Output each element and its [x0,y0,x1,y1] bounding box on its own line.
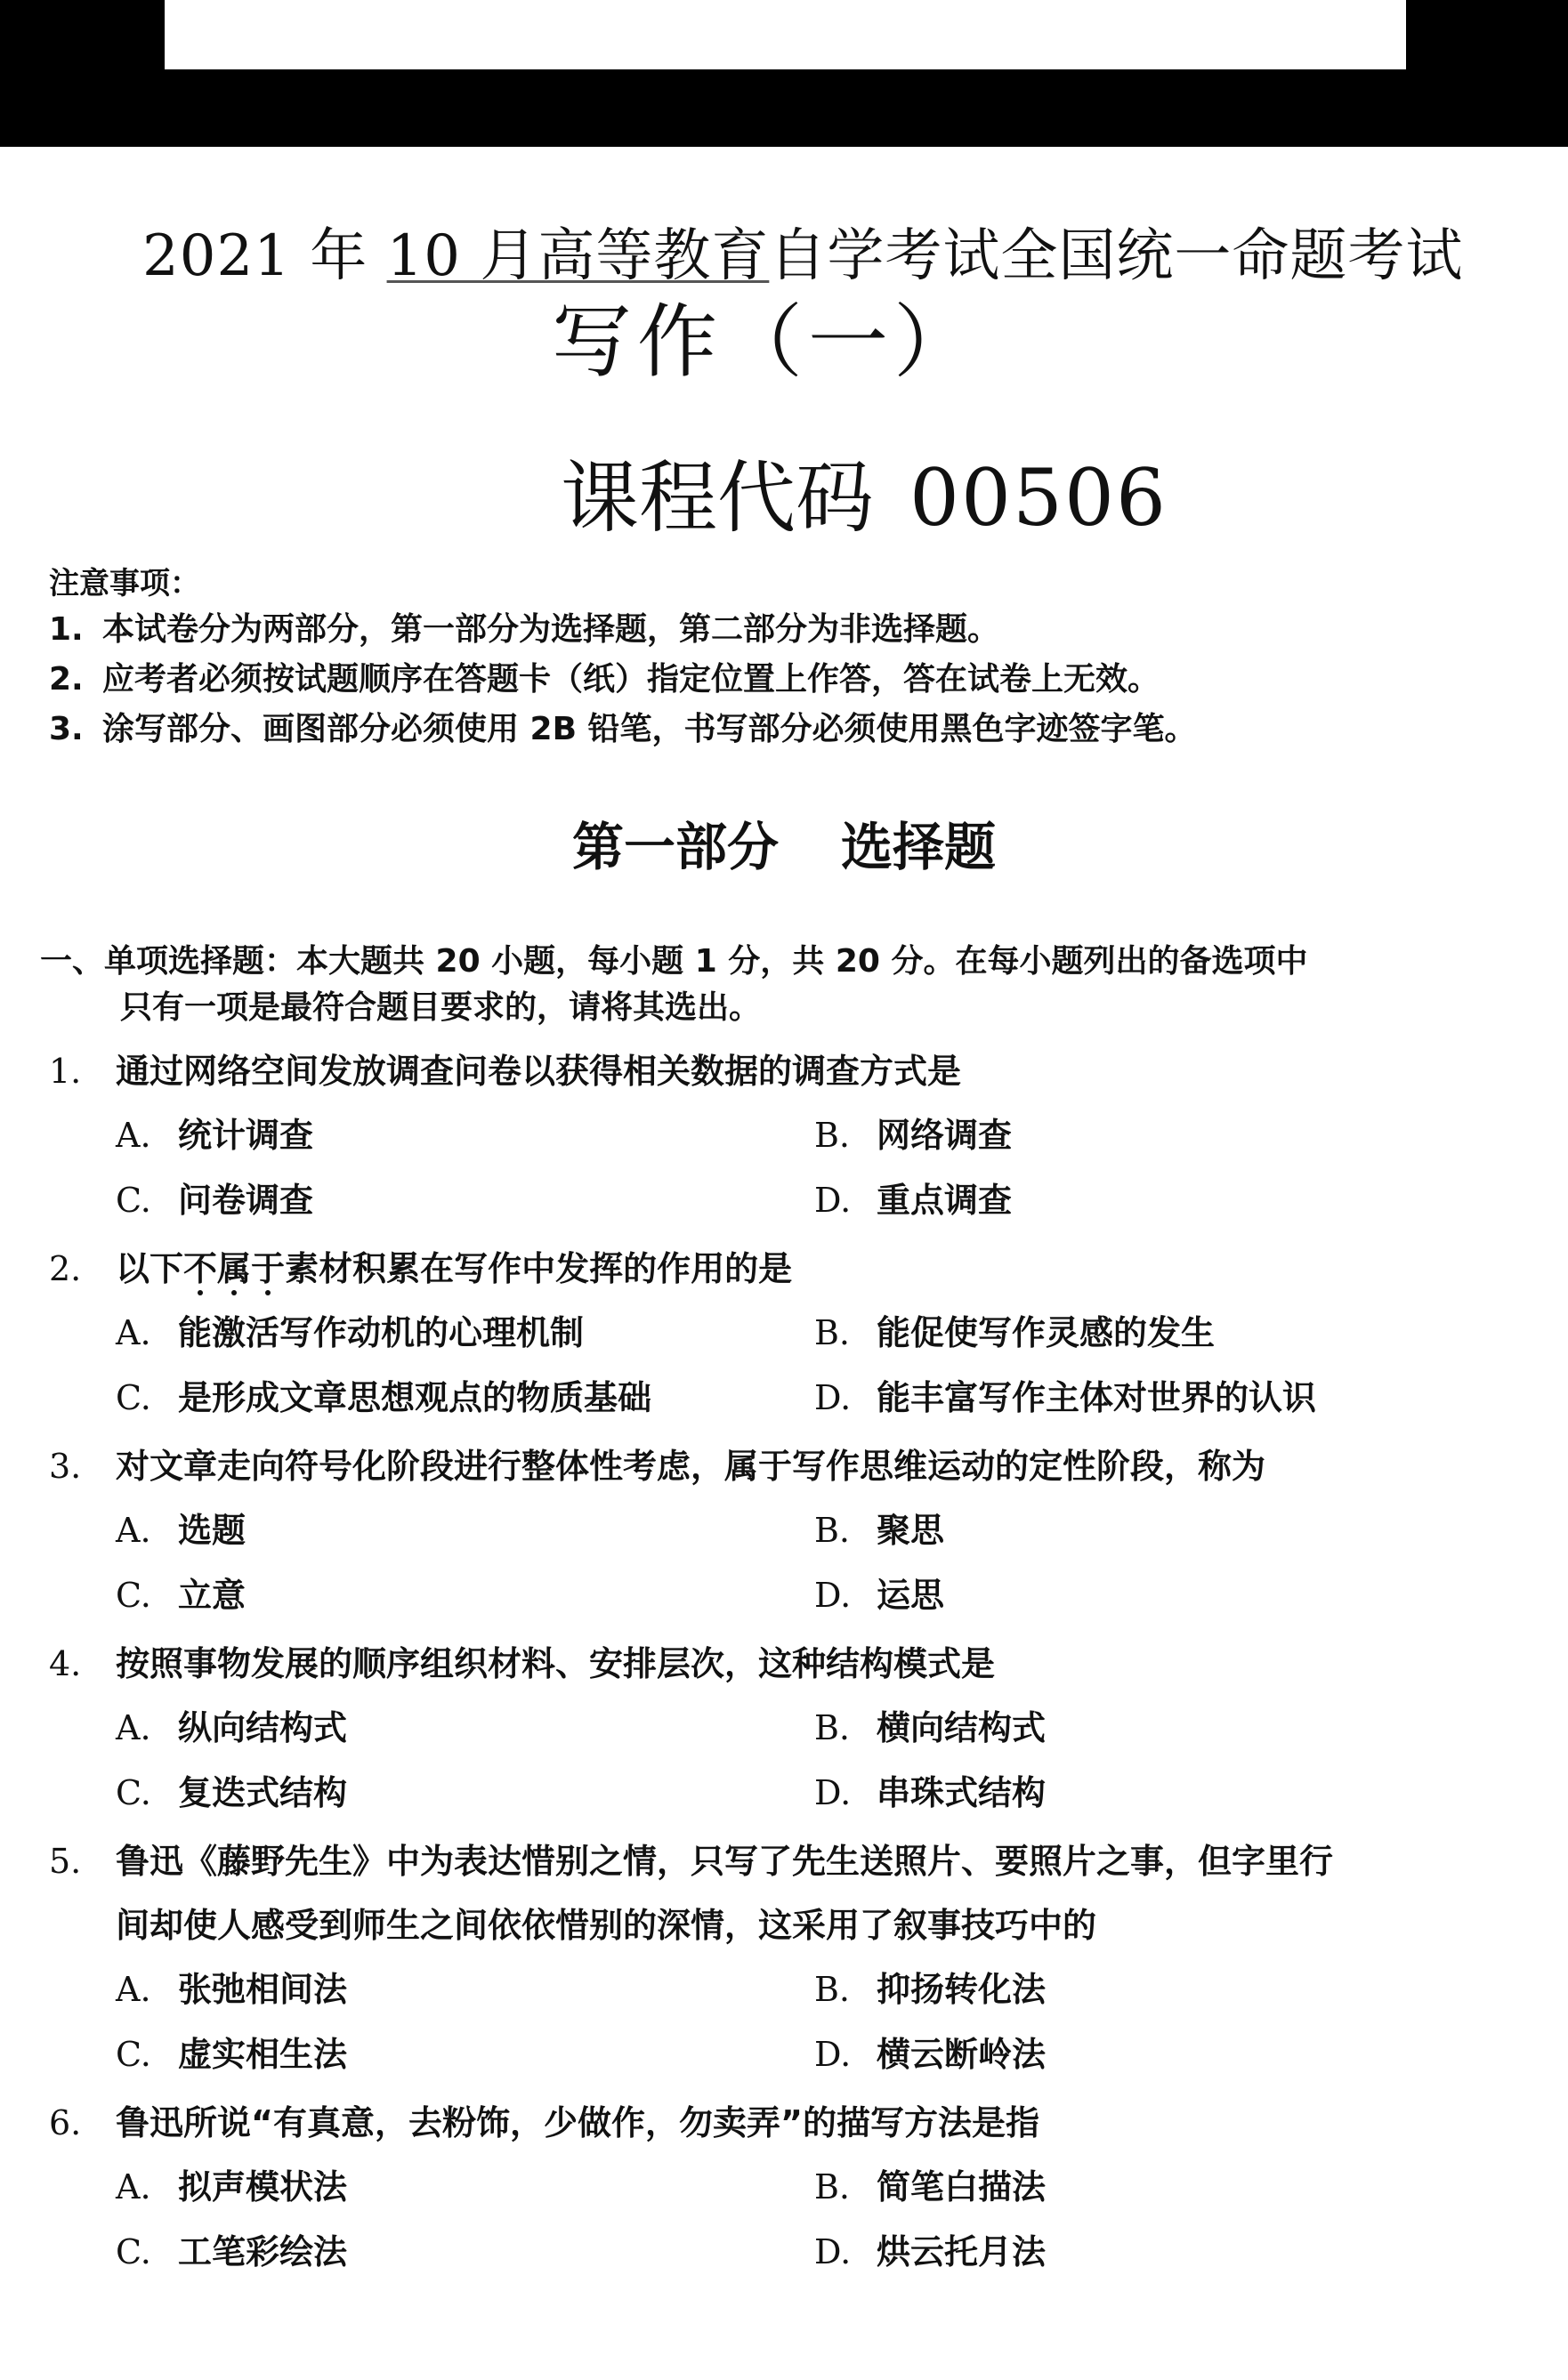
question-number: 1. [49,1039,116,1103]
question-6: 6.鲁迅所说“有真意，去粉饰，少做作，勿卖弄”的描写方法是指 A.拟声模状法 B… [49,2091,1544,2285]
question-stem: 鲁迅所说“有真意，去粉饰，少做作，勿卖弄”的描写方法是指 [116,2091,1544,2155]
notes-item: 1.本试卷分为两部分，第一部分为选择题，第二部分为非选择题。 [49,605,1517,655]
option-d: D.能丰富写作主体对世界的认识 [814,1366,1526,1431]
exam-notes: 注意事项： 1.本试卷分为两部分，第一部分为选择题，第二部分为非选择题。 2.应… [49,562,1517,754]
question-number: 3. [49,1434,116,1498]
exam-title-year: 2021 年 [142,223,368,289]
exam-title-rest: 自学考试全国统一命题考试 [769,223,1463,289]
question-1: 1.通过网络空间发放调查问卷以获得相关数据的调查方式是 A.统计调查 B.网络调… [49,1039,1544,1233]
option-c: C.工笔彩绘法 [116,2220,814,2285]
question-list: 1.通过网络空间发放调查问卷以获得相关数据的调查方式是 A.统计调查 B.网络调… [49,1039,1544,2288]
option-a: A.拟声模状法 [116,2155,814,2220]
option-c: C.复迭式结构 [116,1761,814,1826]
option-b: B.横向结构式 [814,1696,1526,1761]
emphasis-dot-char: 属 [217,1249,251,1288]
option-d: D.烘云托月法 [814,2220,1526,2285]
option-c: C.虚实相生法 [116,2022,814,2087]
option-d: D.串珠式结构 [814,1761,1526,1826]
emphasis-dot-char: 不 [183,1249,217,1288]
exam-title: 2021 年 10 月高等教育自学考试全国统一命题考试 [142,221,1433,292]
option-b: B.简笔白描法 [814,2155,1526,2220]
question-number: 5. [49,1829,116,1893]
option-c: C.是形成文章思想观点的物质基础 [116,1366,814,1431]
question-stem: 鲁迅《藤野先生》中为表达惜别之情，只写了先生送照片、要照片之事，但字里行 [116,1829,1544,1893]
instructions-line-1: 一、单项选择题：本大题共 20 小题，每小题 1 分，共 20 分。在每小题列出… [40,939,1535,985]
option-d: D.重点调查 [814,1168,1526,1233]
option-d: D.运思 [814,1563,1526,1628]
question-stem: 通过网络空间发放调查问卷以获得相关数据的调查方式是 [116,1039,1544,1103]
notes-heading: 注意事项： [49,562,1517,605]
option-d: D.横云断岭法 [814,2022,1526,2087]
option-b: B.聚思 [814,1498,1526,1563]
redacted-blank-area [165,0,1406,69]
section-heading: 第一部分选择题 [0,811,1568,883]
question-number: 6. [49,2091,116,2155]
notes-item: 3.涂写部分、画图部分必须使用 2B 铅笔，书写部分必须使用黑色字迹签字笔。 [49,705,1517,754]
emphasis-dot-char: 于 [251,1249,285,1288]
question-stem-continued: 间却使人感受到师生之间依依惜别的深情，这采用了叙事技巧中的 [49,1893,1544,1957]
option-c: C.立意 [116,1563,814,1628]
option-b: B.网络调查 [814,1103,1526,1168]
exam-subject: 写作（一） [552,294,979,391]
option-a: A.张弛相间法 [116,1957,814,2022]
course-code-line: 课程代码00506 [561,449,1168,547]
question-number: 4. [49,1632,116,1696]
course-code-value: 00506 [909,452,1168,544]
question-2: 2.以下不属于素材积累在写作中发挥的作用的是 A.能激活写作动机的心理机制 B.… [49,1237,1544,1431]
option-a: A.选题 [116,1498,814,1563]
option-a: A.能激活写作动机的心理机制 [116,1301,814,1366]
question-number: 2. [49,1237,116,1301]
section-part: 第一部分 [572,817,779,877]
option-a: A.纵向结构式 [116,1696,814,1761]
black-scan-border [0,0,1568,147]
notes-item: 2.应考者必须按试题顺序在答题卡（纸）指定位置上作答，答在试卷上无效。 [49,655,1517,705]
option-b: B.抑扬转化法 [814,1957,1526,2022]
section-instructions: 一、单项选择题：本大题共 20 小题，每小题 1 分，共 20 分。在每小题列出… [40,939,1535,1031]
question-stem: 对文章走向符号化阶段进行整体性考虑，属于写作思维运动的定性阶段，称为 [116,1434,1544,1498]
question-3: 3.对文章走向符号化阶段进行整体性考虑，属于写作思维运动的定性阶段，称为 A.选… [49,1434,1544,1628]
section-name: 选择题 [841,817,996,877]
question-stem: 以下不属于素材积累在写作中发挥的作用的是 [116,1237,1544,1301]
option-b: B.能促使写作灵感的发生 [814,1301,1526,1366]
option-c: C.问卷调查 [116,1168,814,1233]
question-5: 5.鲁迅《藤野先生》中为表达惜别之情，只写了先生送照片、要照片之事，但字里行 间… [49,1829,1544,2087]
course-code-label: 课程代码 [561,452,874,544]
question-stem: 按照事物发展的顺序组织材料、安排层次，这种结构模式是 [116,1632,1544,1696]
exam-title-month: 10 月高等教育 [387,223,770,289]
instructions-line-2: 只有一项是最符合题目要求的，请将其选出。 [40,985,1535,1031]
option-a: A.统计调查 [116,1103,814,1168]
question-4: 4.按照事物发展的顺序组织材料、安排层次，这种结构模式是 A.纵向结构式 B.横… [49,1632,1544,1826]
